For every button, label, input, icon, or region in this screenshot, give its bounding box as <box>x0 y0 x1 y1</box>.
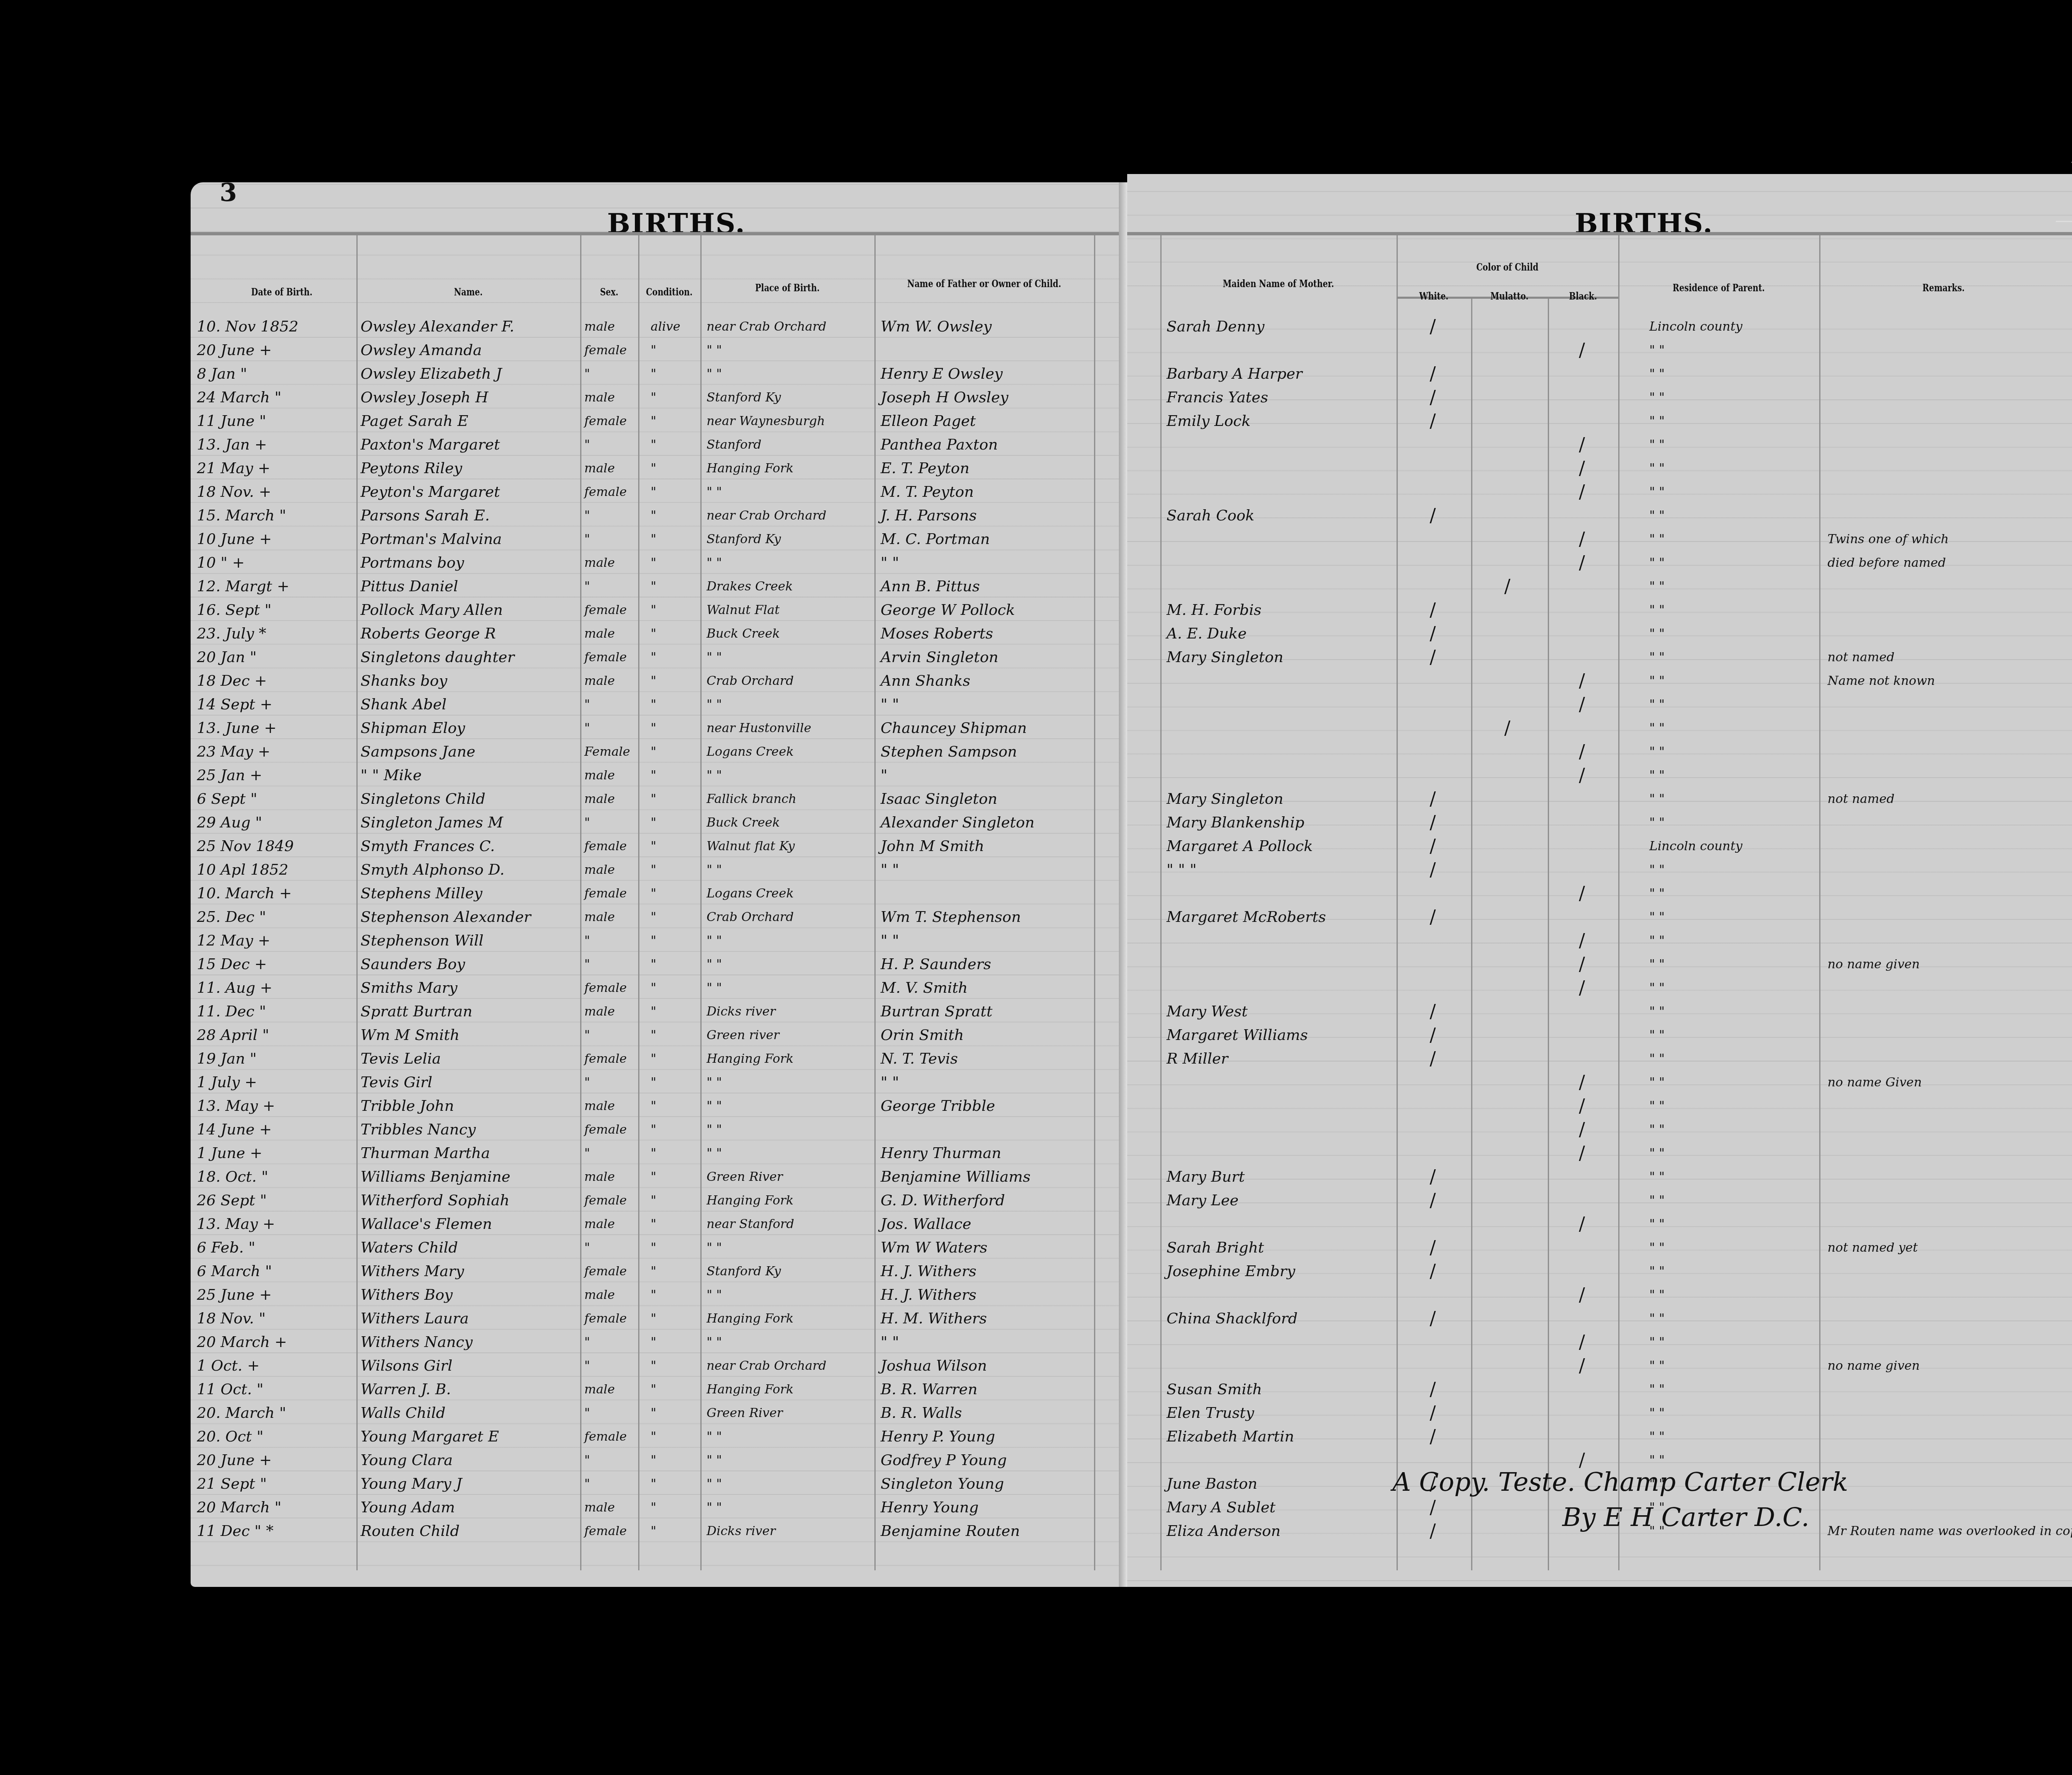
parent-residence: " " <box>1649 1071 1665 1094</box>
mother-maiden-name: R Miller <box>1167 1047 1228 1071</box>
child-name: Williams Benjamine <box>361 1165 511 1189</box>
table-row: 29 Aug "Singleton James M""Buck CreekAle… <box>191 811 1127 834</box>
col-header-mulatto: Mulatto. <box>1479 290 1540 302</box>
mother-maiden-name: Sarah Bright <box>1167 1236 1264 1260</box>
father-name: Alexander Singleton <box>881 811 1034 834</box>
date-of-birth: 11 Oct. " <box>197 1378 264 1401</box>
color-tally-mark-black: / <box>1579 480 1585 504</box>
mother-maiden-name: Elizabeth Martin <box>1167 1425 1294 1449</box>
table-row: M. H. Forbis/" " <box>1127 598 2072 622</box>
place-of-birth: Buck Creek <box>707 622 780 646</box>
condition: " <box>651 1307 656 1330</box>
table-row: 8 Jan "Owsley Elizabeth J""" "Henry E Ow… <box>191 362 1127 386</box>
table-row: Francis Yates/" " <box>1127 386 2072 409</box>
table-row: 12 May +Stephenson Will""" "" " <box>191 929 1127 953</box>
date-of-birth: 21 Sept " <box>197 1472 267 1496</box>
sex: male <box>584 1094 615 1118</box>
parent-residence: " " <box>1649 929 1665 953</box>
table-row: /" " <box>1127 1283 2072 1307</box>
remarks: no name Given <box>1828 1071 1922 1094</box>
father-name: Burtran Spratt <box>881 1000 992 1023</box>
father-name: Henry Thurman <box>881 1141 1001 1165</box>
condition: alive <box>651 315 680 339</box>
child-name: Withers Nancy <box>361 1330 473 1354</box>
mother-maiden-name: Susan Smith <box>1167 1378 1262 1401</box>
condition: " <box>651 1449 656 1472</box>
parent-residence: " " <box>1649 1425 1665 1449</box>
sex: female <box>584 834 627 858</box>
table-row: 11. Aug +Smiths Maryfemale"" "M. V. Smit… <box>191 976 1127 1000</box>
sex: " <box>584 929 590 953</box>
mother-maiden-name: June Baston <box>1167 1472 1257 1496</box>
table-row: Elen Trusty/" " <box>1127 1401 2072 1425</box>
parent-residence: Lincoln county <box>1649 834 1743 858</box>
father-name: Isaac Singleton <box>881 787 997 811</box>
color-tally-mark-black: / <box>1579 1330 1585 1354</box>
date-of-birth: 28 April " <box>197 1023 269 1047</box>
table-row: Sarah Cook/" " <box>1127 504 2072 527</box>
table-row: /" "Twins one of which <box>1127 527 2072 551</box>
place-of-birth: Crab Orchard <box>707 669 794 693</box>
place-of-birth: " " <box>707 1094 722 1118</box>
father-name: B. R. Warren <box>881 1378 978 1401</box>
place-of-birth: Walnut flat Ky <box>707 834 795 858</box>
father-name: " " <box>881 858 899 882</box>
place-of-birth: " " <box>707 1330 722 1354</box>
father-name: M. T. Peyton <box>881 480 974 504</box>
table-row: 20 March +Withers Nancy""" "" " <box>191 1330 1127 1354</box>
place-of-birth: Buck Creek <box>707 811 780 834</box>
date-of-birth: 25 June + <box>197 1283 272 1307</box>
father-name: Henry P. Young <box>881 1425 995 1449</box>
col-header-residence: Residence of Parent. <box>1639 282 1799 294</box>
sex: female <box>584 1118 627 1141</box>
place-of-birth: Hanging Fork <box>707 457 794 480</box>
child-name: Saunders Boy <box>361 953 465 976</box>
date-of-birth: 20 March + <box>197 1330 287 1354</box>
table-row: 1 July +Tevis Girl""" "" " <box>191 1071 1127 1094</box>
color-tally-mark-white: / <box>1430 787 1436 811</box>
condition: " <box>651 622 656 646</box>
color-tally-mark-white: / <box>1430 1189 1436 1212</box>
color-tally-mark-black: / <box>1579 339 1585 362</box>
attestation-line-2: By E H Carter D.C. <box>1562 1502 1809 1532</box>
condition: " <box>651 339 656 362</box>
date-of-birth: 25 Jan + <box>197 764 262 787</box>
date-of-birth: 16. Sept " <box>197 598 271 622</box>
remarks: not named <box>1828 646 1895 669</box>
table-row: Mary Lee/" " <box>1127 1189 2072 1212</box>
table-row: Barbary A Harper/" " <box>1127 362 2072 386</box>
father-name: Henry Young <box>881 1496 979 1519</box>
parent-residence: " " <box>1649 811 1665 834</box>
condition: " <box>651 976 656 1000</box>
child-name: Owsley Alexander F. <box>361 315 514 339</box>
parent-residence: " " <box>1649 362 1665 386</box>
father-name: Benjamine Routen <box>881 1519 1020 1543</box>
table-row: /" "Name not known <box>1127 669 2072 693</box>
place-of-birth: " " <box>707 764 722 787</box>
table-row: 6 Feb. "Waters Child""" "Wm W Waters <box>191 1236 1127 1260</box>
child-name: Young Mary J <box>361 1472 462 1496</box>
father-name: Wm W. Owsley <box>881 315 992 339</box>
parent-residence: " " <box>1649 669 1665 693</box>
date-of-birth: 13. June + <box>197 716 276 740</box>
parent-residence: Lincoln county <box>1649 315 1743 339</box>
page-number: 3 <box>220 178 237 207</box>
parent-residence: " " <box>1649 1401 1665 1425</box>
child-name: Tribbles Nancy <box>361 1118 476 1141</box>
condition: " <box>651 1023 656 1047</box>
table-row: Margaret Williams/" " <box>1127 1023 2072 1047</box>
child-name: Shank Abel <box>361 693 447 716</box>
col-header-mother: Maiden Name of Mother. <box>1184 278 1373 290</box>
date-of-birth: 14 June + <box>197 1118 272 1141</box>
father-name: Wm T. Stephenson <box>881 905 1021 929</box>
parent-residence: " " <box>1649 527 1665 551</box>
date-of-birth: 18. Oct. " <box>197 1165 268 1189</box>
color-tally-mark-white: / <box>1430 1519 1436 1543</box>
table-row: Mary Burt/" " <box>1127 1165 2072 1189</box>
table-row: 1 June +Thurman Martha""" "Henry Thurman <box>191 1141 1127 1165</box>
date-of-birth: 14 Sept + <box>197 693 272 716</box>
sex: male <box>584 1212 615 1236</box>
father-name: Panthea Paxton <box>881 433 998 457</box>
condition: " <box>651 1260 656 1283</box>
parent-residence: " " <box>1649 551 1665 575</box>
color-tally-mark-white: / <box>1430 811 1436 834</box>
child-name: Singleton James M <box>361 811 503 834</box>
father-name: George Tribble <box>881 1094 995 1118</box>
child-name: Young Clara <box>361 1449 453 1472</box>
place-of-birth: " " <box>707 339 722 362</box>
mother-maiden-name: Mary Burt <box>1167 1165 1245 1189</box>
table-row: 28 April "Wm M Smith""Green riverOrin Sm… <box>191 1023 1127 1047</box>
col-header-black: Black. <box>1555 290 1611 302</box>
place-of-birth: " " <box>707 1141 722 1165</box>
table-row: 18 Nov. +Peyton's Margaretfemale"" "M. T… <box>191 480 1127 504</box>
place-of-birth: near Crab Orchard <box>707 1354 826 1378</box>
date-of-birth: 12 May + <box>197 929 271 953</box>
color-tally-mark-black: / <box>1579 433 1585 457</box>
col-header-name: Name. <box>379 286 558 298</box>
date-of-birth: 1 July + <box>197 1071 257 1094</box>
place-of-birth: Hanging Fork <box>707 1189 794 1212</box>
condition: " <box>651 1472 656 1496</box>
place-of-birth: " " <box>707 362 722 386</box>
place-of-birth: " " <box>707 1071 722 1094</box>
table-row: /" " <box>1127 575 2072 598</box>
father-name: " " <box>881 929 899 953</box>
color-tally-mark-white: / <box>1430 646 1436 669</box>
father-name: Joshua Wilson <box>881 1354 987 1378</box>
table-row: 15 Dec +Saunders Boy""" "H. P. Saunders <box>191 953 1127 976</box>
table-row: Margaret A Pollock/Lincoln county <box>1127 834 2072 858</box>
mother-maiden-name: Eliza Anderson <box>1167 1519 1280 1543</box>
remarks: died before named <box>1828 551 1946 575</box>
date-of-birth: 20 June + <box>197 1449 272 1472</box>
place-of-birth: Hanging Fork <box>707 1307 794 1330</box>
sex: " <box>584 504 590 527</box>
date-of-birth: 24 March " <box>197 386 281 409</box>
table-row: China Shacklford/" " <box>1127 1307 2072 1330</box>
table-row: 26 Sept "Witherford Sophiahfemale"Hangin… <box>191 1189 1127 1212</box>
mother-maiden-name: Emily Lock <box>1167 409 1251 433</box>
color-tally-mark-white: / <box>1430 622 1436 646</box>
child-name: Roberts George R <box>361 622 496 646</box>
father-name: Jos. Wallace <box>881 1212 971 1236</box>
mother-maiden-name: A. E. Duke <box>1167 622 1247 646</box>
condition: " <box>651 1165 656 1189</box>
color-tally-mark-white: / <box>1430 1425 1436 1449</box>
table-row: 20 June +Young Clara""" "Godfrey P Young <box>191 1449 1127 1472</box>
table-row: /" " <box>1127 693 2072 716</box>
table-row: 15. March "Parsons Sarah E.""near Crab O… <box>191 504 1127 527</box>
table-row: 11 June "Paget Sarah Efemale"near Waynes… <box>191 409 1127 433</box>
place-of-birth: near Hustonville <box>707 716 811 740</box>
condition: " <box>651 740 656 764</box>
parent-residence: " " <box>1649 1023 1665 1047</box>
table-row: 25. Dec "Stephenson Alexandermale"Crab O… <box>191 905 1127 929</box>
color-tally-mark-black: / <box>1579 1354 1585 1378</box>
child-name: Wallace's Flemen <box>361 1212 492 1236</box>
table-row: 23. July *Roberts George Rmale"Buck Cree… <box>191 622 1127 646</box>
condition: " <box>651 1425 656 1449</box>
place-of-birth: " " <box>707 1449 722 1472</box>
place-of-birth: near Crab Orchard <box>707 504 826 527</box>
condition: " <box>651 764 656 787</box>
table-row: 19 Jan "Tevis Leliafemale"Hanging ForkN.… <box>191 1047 1127 1071</box>
parent-residence: " " <box>1649 339 1665 362</box>
table-row: 13. May +Wallace's Flemenmale"near Stanf… <box>191 1212 1127 1236</box>
child-name: Owsley Elizabeth J <box>361 362 502 386</box>
condition: " <box>651 1236 656 1260</box>
date-of-birth: 1 June + <box>197 1141 262 1165</box>
condition: " <box>651 386 656 409</box>
parent-residence: " " <box>1649 433 1665 457</box>
parent-residence: " " <box>1649 716 1665 740</box>
place-of-birth: " " <box>707 929 722 953</box>
table-row: Mary West/" " <box>1127 1000 2072 1023</box>
date-of-birth: 21 May + <box>197 457 271 480</box>
color-tally-mark-white: / <box>1430 1378 1436 1401</box>
father-name: Orin Smith <box>881 1023 964 1047</box>
date-of-birth: 12. Margt + <box>197 575 289 598</box>
color-tally-mark-black: / <box>1579 764 1585 787</box>
date-of-birth: 10 Apl 1852 <box>197 858 288 882</box>
child-name: Withers Mary <box>361 1260 464 1283</box>
place-of-birth: Fallick branch <box>707 787 796 811</box>
place-of-birth: Dicks river <box>707 1519 776 1543</box>
date-of-birth: 11. Dec " <box>197 1000 266 1023</box>
parent-residence: " " <box>1649 1094 1665 1118</box>
sex: female <box>584 1425 627 1449</box>
table-row: /" " <box>1127 716 2072 740</box>
attestation-line-1: A Copy. Teste. Champ Carter Clerk <box>1392 1467 1848 1497</box>
table-row: /" " <box>1127 339 2072 362</box>
parent-residence: " " <box>1649 882 1665 905</box>
parent-residence: " " <box>1649 622 1665 646</box>
sex: male <box>584 457 615 480</box>
table-row: 18 Dec +Shanks boymale"Crab OrchardAnn S… <box>191 669 1127 693</box>
condition: " <box>651 598 656 622</box>
date-of-birth: 11 Dec " * <box>197 1519 274 1543</box>
parent-residence: " " <box>1649 504 1665 527</box>
remarks: no name given <box>1828 1354 1920 1378</box>
father-name: Singleton Young <box>881 1472 1004 1496</box>
table-row: /" " <box>1127 740 2072 764</box>
color-tally-mark-black: / <box>1579 1071 1585 1094</box>
condition: " <box>651 1283 656 1307</box>
sex: " <box>584 1236 590 1260</box>
father-name: H. J. Withers <box>881 1283 976 1307</box>
table-row: 20 June +Owsley Amandafemale"" " <box>191 339 1127 362</box>
child-name: Shipman Eloy <box>361 716 465 740</box>
color-tally-mark-black: / <box>1579 551 1585 575</box>
color-tally-mark-white: / <box>1430 1260 1436 1283</box>
table-row: Emily Lock/" " <box>1127 409 2072 433</box>
table-row: 6 March "Withers Maryfemale"Stanford KyH… <box>191 1260 1127 1283</box>
parent-residence: " " <box>1649 1189 1665 1212</box>
date-of-birth: 18 Dec + <box>197 669 267 693</box>
mother-maiden-name: Margaret McRoberts <box>1167 905 1326 929</box>
color-tally-mark-black: / <box>1579 457 1585 480</box>
col-header-condition: Condition. <box>644 286 694 298</box>
color-tally-mark-white: / <box>1430 362 1436 386</box>
child-name: Thurman Martha <box>361 1141 490 1165</box>
father-name: Ann B. Pittus <box>881 575 980 598</box>
child-name: Routen Child <box>361 1519 460 1543</box>
parent-residence: " " <box>1649 1260 1665 1283</box>
mother-maiden-name: " " " <box>1167 858 1197 882</box>
place-of-birth: Logans Creek <box>707 740 794 764</box>
father-name: " " <box>881 693 899 716</box>
child-name: Pittus Daniel <box>361 575 458 598</box>
date-of-birth: 29 Aug " <box>197 811 262 834</box>
father-name: George W Pollock <box>881 598 1015 622</box>
parent-residence: " " <box>1649 1354 1665 1378</box>
parent-residence: " " <box>1649 693 1665 716</box>
col-header-date: Date of Birth. <box>222 286 341 298</box>
sex: male <box>584 622 615 646</box>
color-tally-mark-white: / <box>1430 1401 1436 1425</box>
mother-maiden-name: Sarah Cook <box>1167 504 1254 527</box>
date-of-birth: 10 June + <box>197 527 272 551</box>
condition: " <box>651 1118 656 1141</box>
place-of-birth: " " <box>707 646 722 669</box>
color-tally-mark-black: / <box>1579 669 1585 693</box>
color-tally-mark-black: / <box>1579 882 1585 905</box>
child-name: Wm M Smith <box>361 1023 460 1047</box>
sex: female <box>584 646 627 669</box>
date-of-birth: 25 Nov 1849 <box>197 834 294 858</box>
date-of-birth: 1 Oct. + <box>197 1354 260 1378</box>
date-of-birth: 20. Oct " <box>197 1425 264 1449</box>
table-row: 1 Oct. +Wilsons Girl""near Crab OrchardJ… <box>191 1354 1127 1378</box>
table-row: 12. Margt +Pittus Daniel""Drakes CreekAn… <box>191 575 1127 598</box>
parent-residence: " " <box>1649 457 1665 480</box>
sex: female <box>584 1307 627 1330</box>
father-name: B. R. Walls <box>881 1401 962 1425</box>
child-name: Spratt Burtran <box>361 1000 472 1023</box>
date-of-birth: 10 " + <box>197 551 244 575</box>
parent-residence: " " <box>1649 1118 1665 1141</box>
father-name: Joseph H Owsley <box>881 386 1008 409</box>
parent-residence: " " <box>1649 1047 1665 1071</box>
mother-maiden-name: China Shacklford <box>1167 1307 1297 1330</box>
mother-maiden-name: Margaret Williams <box>1167 1023 1308 1047</box>
parent-residence: " " <box>1649 575 1665 598</box>
condition: " <box>651 905 656 929</box>
col-header-white: White. <box>1404 290 1464 302</box>
condition: " <box>651 457 656 480</box>
place-of-birth: near Waynesburgh <box>707 409 825 433</box>
date-of-birth: 23. July * <box>197 622 266 646</box>
sex: male <box>584 764 615 787</box>
table-row: 10. March +Stephens Milleyfemale"Logans … <box>191 882 1127 905</box>
table-row: 25 Jan +" " Mikemale"" "" <box>191 764 1127 787</box>
child-name: Owsley Amanda <box>361 339 482 362</box>
table-row: 21 May +Peytons Rileymale"Hanging ForkE.… <box>191 457 1127 480</box>
table-row: 20. March "Walls Child""Green RiverB. R.… <box>191 1401 1127 1425</box>
father-name: Arvin Singleton <box>881 646 998 669</box>
date-of-birth: 23 May + <box>197 740 271 764</box>
place-of-birth: Stanford Ky <box>707 386 781 409</box>
date-of-birth: 25. Dec " <box>197 905 266 929</box>
parent-residence: " " <box>1649 787 1665 811</box>
father-name: " " <box>881 1071 899 1094</box>
table-row: 14 June +Tribbles Nancyfemale"" " <box>191 1118 1127 1141</box>
remarks: not named yet <box>1828 1236 1918 1260</box>
sex: " <box>584 1449 590 1472</box>
sex: female <box>584 882 627 905</box>
color-tally-mark-black: / <box>1579 740 1585 764</box>
table-row: /" " <box>1127 1118 2072 1141</box>
color-tally-mark-white: / <box>1430 1165 1436 1189</box>
color-tally-mark-white: / <box>1430 1307 1436 1330</box>
parent-residence: " " <box>1649 953 1665 976</box>
date-of-birth: 10. Nov 1852 <box>197 315 298 339</box>
sex: male <box>584 858 615 882</box>
table-row: 24 March "Owsley Joseph Hmale"Stanford K… <box>191 386 1127 409</box>
child-name: Sampsons Jane <box>361 740 475 764</box>
father-name: " " <box>881 551 899 575</box>
sex: " <box>584 1354 590 1378</box>
place-of-birth: Walnut Flat <box>707 598 779 622</box>
table-row: /" " <box>1127 764 2072 787</box>
place-of-birth: Stanford <box>707 433 762 457</box>
child-name: Owsley Joseph H <box>361 386 488 409</box>
parent-residence: " " <box>1649 1212 1665 1236</box>
sex: " <box>584 433 590 457</box>
mother-maiden-name: Mary Blankenship <box>1167 811 1304 834</box>
table-row: 21 Sept "Young Mary J""" "Singleton Youn… <box>191 1472 1127 1496</box>
condition: " <box>651 575 656 598</box>
condition: " <box>651 1496 656 1519</box>
father-name: J. H. Parsons <box>881 504 977 527</box>
date-of-birth: 15 Dec + <box>197 953 267 976</box>
table-row: 13. June +Shipman Eloy""near Hustonville… <box>191 716 1127 740</box>
place-of-birth: Green River <box>707 1165 783 1189</box>
sex: Female <box>584 740 630 764</box>
place-of-birth: " " <box>707 480 722 504</box>
color-tally-mark-white: / <box>1430 409 1436 433</box>
condition: " <box>651 1212 656 1236</box>
child-name: Paget Sarah E <box>361 409 468 433</box>
table-row: 10 June +Portman's Malvina""Stanford KyM… <box>191 527 1127 551</box>
child-name: Young Margaret E <box>361 1425 499 1449</box>
color-tally-mark-black: / <box>1579 527 1585 551</box>
